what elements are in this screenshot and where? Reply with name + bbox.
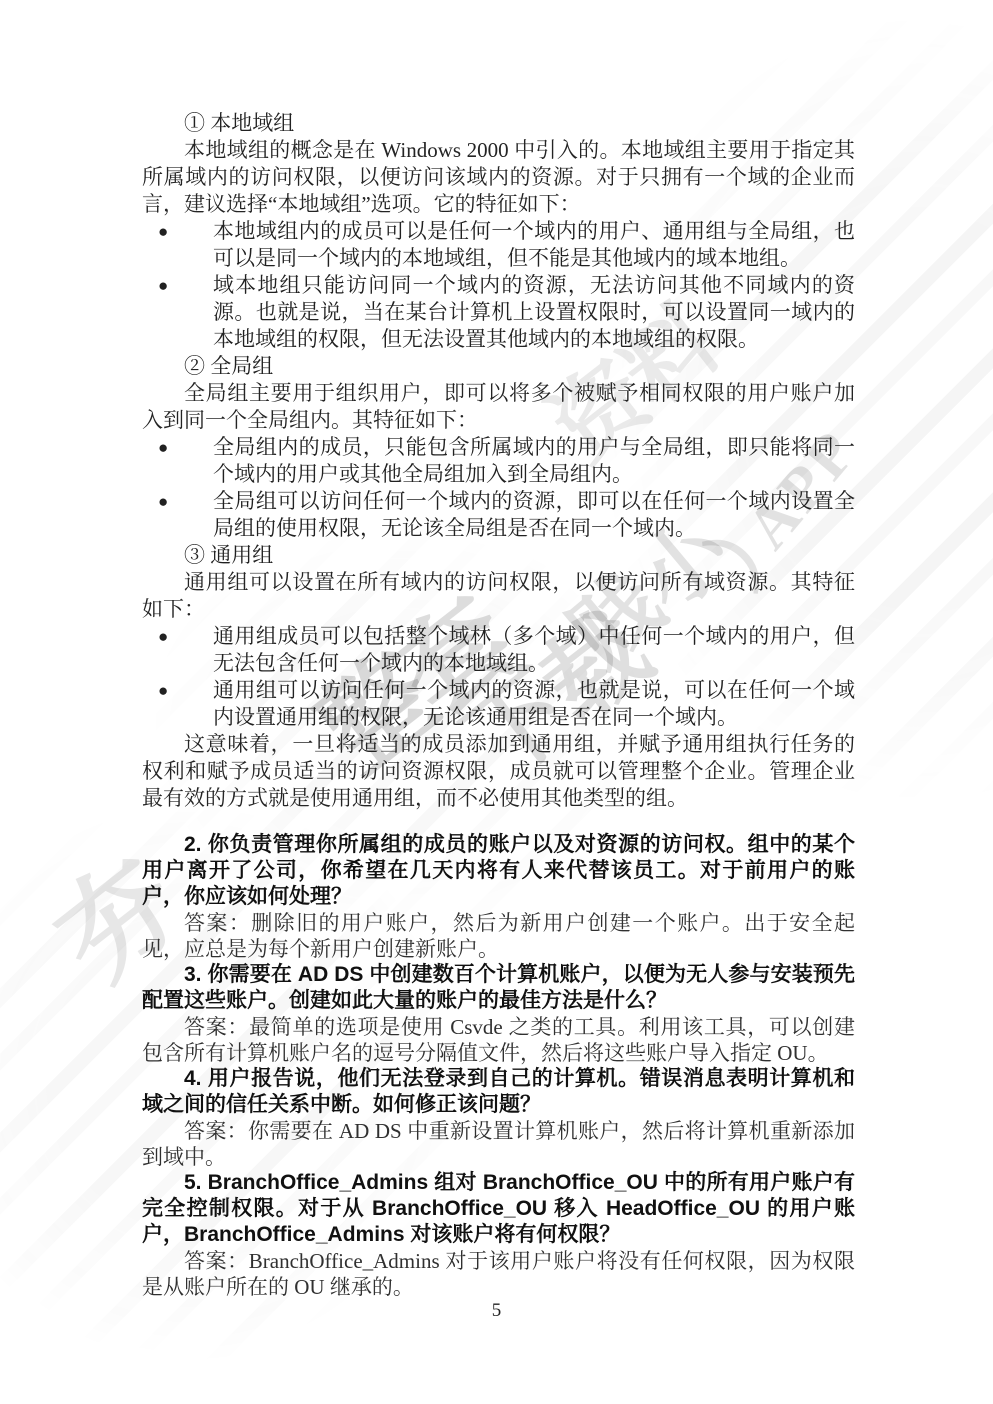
bullet-text: 全局组可以访问任何一个域内的资源，即可以在任何一个域内设置全局组的使用权限，无论… xyxy=(213,489,855,540)
body-paragraph: 这意味着，一旦将适当的成员添加到通用组，并赋予通用组执行任务的权利和赋予成员适当… xyxy=(142,731,855,812)
bullet-marker-icon: ● xyxy=(158,434,168,461)
bullet-text: 全局组内的成员，只能包含所属域内的用户与全局组，即只能将同一个域内的用户或其他全… xyxy=(213,435,855,486)
answer-paragraph: 答案：最简单的选项是使用 Csvde 之类的工具。利用该工具，可以创建包含所有计… xyxy=(142,1014,855,1066)
section-heading: ② 全局组 xyxy=(142,353,855,380)
bullet-text: 域本地组只能访问同一个域内的资源，无法访问其他不同域内的资源。也就是说，当在某台… xyxy=(213,273,855,351)
question-paragraph: 5. BranchOffice_Admins 组对 BranchOffice_O… xyxy=(142,1170,855,1248)
question-paragraph: 2. 你负责管理你所属组的成员的账户以及对资源的访问权。组中的某个用户离开了公司… xyxy=(142,832,855,910)
bullet-item: ●全局组可以访问任何一个域内的资源，即可以在任何一个域内设置全局组的使用权限，无… xyxy=(142,488,855,542)
paragraph-spacer xyxy=(142,812,855,832)
bullet-item: ●通用组成员可以包括整个域林（多个域）中任何一个域内的用户，但无法包含任何一个域… xyxy=(142,623,855,677)
document-page: 夯整套下载资料贱小）APP ① 本地域组本地域组的概念是在 Windows 20… xyxy=(0,0,993,1404)
question-paragraph: 4. 用户报告说，他们无法登录到自己的计算机。错误消息表明计算机和域之间的信任关… xyxy=(142,1066,855,1118)
bullet-marker-icon: ● xyxy=(158,218,168,245)
bullet-item: ●本地域组内的成员可以是任何一个域内的用户、通用组与全局组，也可以是同一个域内的… xyxy=(142,218,855,272)
answer-paragraph: 答案：BranchOffice_Admins 对于该用户账户将没有任何权限，因为… xyxy=(142,1248,855,1300)
section-heading: ① 本地域组 xyxy=(142,110,855,137)
question-paragraph: 3. 你需要在 AD DS 中创建数百个计算机账户，以便为无人参与安装预先配置这… xyxy=(142,962,855,1014)
bullet-text: 通用组成员可以包括整个域林（多个域）中任何一个域内的用户，但无法包含任何一个域内… xyxy=(213,624,855,675)
page-footer: 5 xyxy=(0,1300,993,1322)
answer-paragraph: 答案：你需要在 AD DS 中重新设置计算机账户，然后将计算机重新添加到域中。 xyxy=(142,1118,855,1170)
page-number: 5 xyxy=(492,1300,502,1321)
bullet-marker-icon: ● xyxy=(158,677,168,704)
section-heading: ③ 通用组 xyxy=(142,542,855,569)
page-content: ① 本地域组本地域组的概念是在 Windows 2000 中引入的。本地域组主要… xyxy=(142,110,855,1300)
body-paragraph: 全局组主要用于组织用户，即可以将多个被赋予相同权限的用户账户加入到同一个全局组内… xyxy=(142,380,855,434)
bullet-marker-icon: ● xyxy=(158,623,168,650)
bullet-item: ●通用组可以访问任何一个域内的资源，也就是说，可以在任何一个域内设置通用组的权限… xyxy=(142,677,855,731)
bullet-text: 通用组可以访问任何一个域内的资源，也就是说，可以在任何一个域内设置通用组的权限，… xyxy=(213,678,855,729)
bullet-item: ●域本地组只能访问同一个域内的资源，无法访问其他不同域内的资源。也就是说，当在某… xyxy=(142,272,855,353)
answer-paragraph: 答案：删除旧的用户账户，然后为新用户创建一个账户。出于安全起见，应总是为每个新用… xyxy=(142,910,855,962)
bullet-item: ●全局组内的成员，只能包含所属域内的用户与全局组，即只能将同一个域内的用户或其他… xyxy=(142,434,855,488)
bullet-marker-icon: ● xyxy=(158,272,168,299)
body-paragraph: 本地域组的概念是在 Windows 2000 中引入的。本地域组主要用于指定其所… xyxy=(142,137,855,218)
bullet-text: 本地域组内的成员可以是任何一个域内的用户、通用组与全局组，也可以是同一个域内的本… xyxy=(213,219,855,270)
body-paragraph: 通用组可以设置在所有域内的访问权限，以便访问所有域资源。其特征如下： xyxy=(142,569,855,623)
bullet-marker-icon: ● xyxy=(158,488,168,515)
